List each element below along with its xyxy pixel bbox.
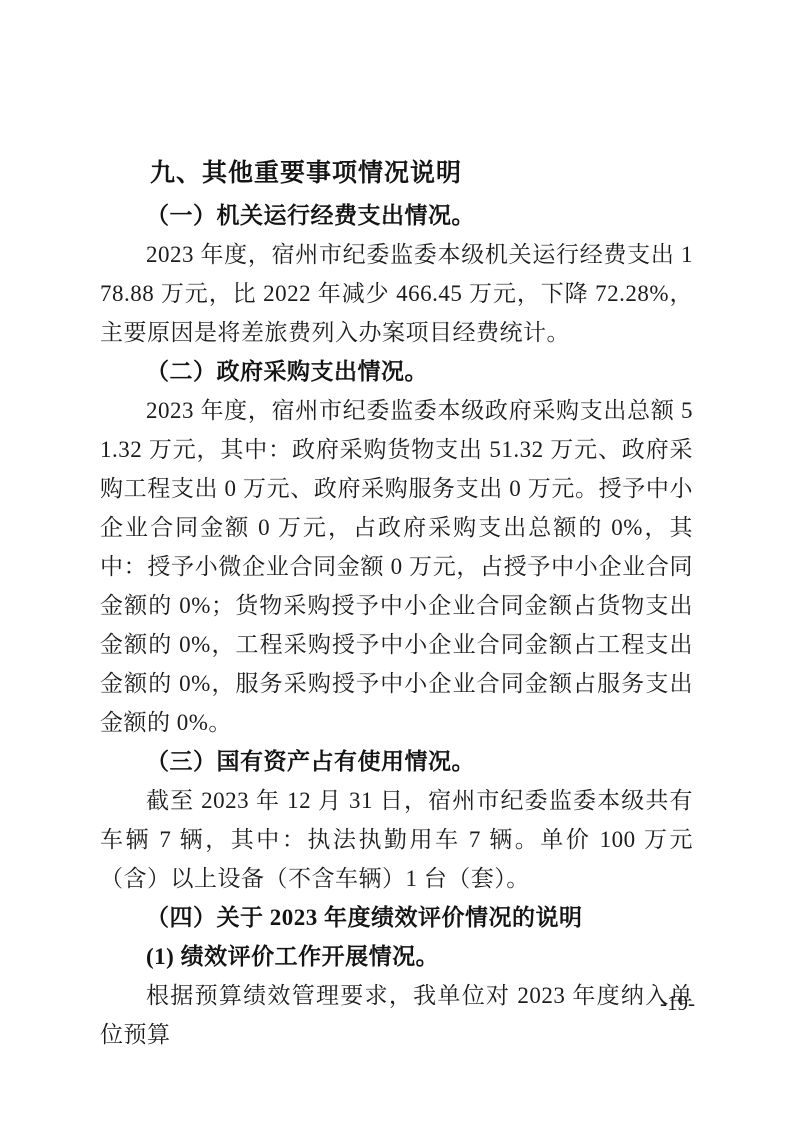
paragraph-performance-evaluation: 根据预算绩效管理要求，我单位对 2023 年度纳入单位预算: [100, 976, 693, 1054]
subsubsection-heading-performance-evaluation: (1) 绩效评价工作开展情况。: [100, 937, 693, 976]
document-content: 九、其他重要事项情况说明 （一）机关运行经费支出情况。 2023 年度，宿州市纪…: [100, 150, 693, 1054]
paragraph-state-owned-assets: 截至 2023 年 12 月 31 日，宿州市纪委监委本级共有车辆 7 辆，其中…: [100, 781, 693, 898]
subsection-heading-2: （二）政府采购支出情况。: [100, 352, 693, 391]
page-number: -19-: [660, 991, 695, 1015]
subsection-heading-4: （四）关于 2023 年度绩效评价情况的说明: [100, 898, 693, 937]
paragraph-agency-operating-expense: 2023 年度，宿州市纪委监委本级机关运行经费支出 178.88 万元，比 20…: [100, 235, 693, 352]
paragraph-government-procurement: 2023 年度，宿州市纪委监委本级政府采购支出总额 51.32 万元，其中：政府…: [100, 391, 693, 742]
subsection-heading-1: （一）机关运行经费支出情况。: [100, 196, 693, 235]
document-page: 九、其他重要事项情况说明 （一）机关运行经费支出情况。 2023 年度，宿州市纪…: [0, 0, 793, 1122]
subsection-heading-3: （三）国有资产占有使用情况。: [100, 742, 693, 781]
section-title: 九、其他重要事项情况说明: [100, 150, 693, 196]
